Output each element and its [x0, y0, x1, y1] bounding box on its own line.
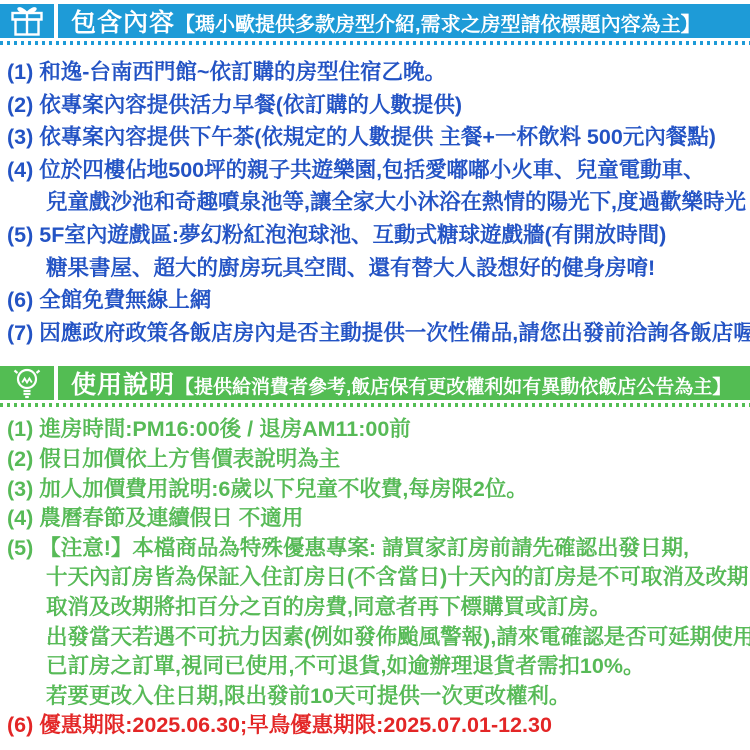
list-item: (6) 優惠期限:2025.06.30;早鳥優惠期限:2025.07.01-12… — [0, 711, 750, 741]
list-item: (3) 依專案內容提供下午茶(依規定的人數提供 主餐+一杯飲料 500元內餐點) — [0, 121, 750, 154]
usage-notes-section: 使用說明【提供給消費者參考,飯店保有更改權利如有異動依飯店公告為主】 (1) 進… — [0, 366, 750, 741]
included-content-title-sub: 【瑪小歐提供多款房型介紹,需求之房型請依標題內容為主】 — [175, 8, 701, 37]
usage-notes-list: (1) 進房時間:PM16:00後 / 退房AM11:00前(2) 假日加價依上… — [0, 407, 750, 741]
list-item: 糖果書屋、超大的廚房玩具空間、還有替大人設想好的健身房唷! — [0, 252, 750, 285]
list-item: (3) 加人加價費用說明:6歲以下兒童不收費,每房限2位。 — [0, 475, 750, 505]
list-item: 取消及改期將扣百分之百的房費,同意者再下標購買或訂房。 — [0, 593, 750, 623]
list-item: 兒童戲沙池和奇趣噴泉池等,讓全家大小沐浴在熱情的陽光下,度過歡樂時光 — [0, 186, 750, 219]
included-content-section: 包含內容【瑪小歐提供多款房型介紹,需求之房型請依標題內容為主】 (1) 和逸-台… — [0, 4, 750, 349]
header-divider — [54, 366, 58, 400]
usage-notes-header-bar: 使用說明【提供給消費者參考,飯店保有更改權利如有異動依飯店公告為主】 — [0, 366, 750, 400]
list-item: (1) 和逸-台南西門館~依訂購的房型住宿乙晚。 — [0, 56, 750, 89]
list-item: (4) 農曆春節及連續假日 不適用 — [0, 504, 750, 534]
list-item: (5) 5F室內遊戲區:夢幻粉紅泡泡球池、互動式糖球遊戲牆(有開放時間) — [0, 219, 750, 252]
list-item: (4) 位於四樓佔地500坪的親子共遊樂園,包括愛嘟嘟小火車、兒童電動車、 — [0, 154, 750, 187]
list-item: 已訂房之訂單,視同已使用,不可退貨,如逾辦理退貨者需扣10%。 — [0, 652, 750, 682]
list-item: (1) 進房時間:PM16:00後 / 退房AM11:00前 — [0, 415, 750, 445]
gift-icon — [0, 4, 54, 38]
usage-notes-title: 使用說明【提供給消費者參考,飯店保有更改權利如有異動依飯店公告為主】 — [71, 365, 731, 401]
usage-notes-title-sub: 【提供給消費者參考,飯店保有更改權利如有異動依飯店公告為主】 — [175, 372, 731, 399]
list-item: 十天內訂房皆為保証入住訂房日(不含當日)十天內的訂房是不可取消及改期 — [0, 563, 750, 593]
lightbulb-icon — [0, 366, 54, 400]
list-item: (6) 全館免費無線上網 — [0, 284, 750, 317]
list-item: (7) 因應政府政策各飯店房內是否主動提供一次性備品,請您出發前洽詢各飯店喔 — [0, 317, 750, 350]
list-item: 出發當天若遇不可抗力因素(例如發佈颱風警報),請來電確認是否可延期使用 — [0, 623, 750, 653]
included-content-title: 包含內容【瑪小歐提供多款房型介紹,需求之房型請依標題內容為主】 — [71, 3, 701, 39]
included-content-header-bar: 包含內容【瑪小歐提供多款房型介紹,需求之房型請依標題內容為主】 — [0, 4, 750, 38]
list-item: (2) 依專案內容提供活力早餐(依訂購的人數提供) — [0, 89, 750, 122]
usage-notes-title-main: 使用說明 — [71, 365, 175, 401]
list-item: 若要更改入住日期,限出發前10天可提供一次更改權利。 — [0, 682, 750, 712]
header-divider — [54, 4, 58, 38]
included-content-list: (1) 和逸-台南西門館~依訂購的房型住宿乙晚。(2) 依專案內容提供活力早餐(… — [0, 45, 750, 349]
included-content-title-main: 包含內容 — [71, 3, 175, 39]
list-item: (5) 【注意!】本檔商品為特殊優惠專案: 請買家訂房前請先確認出發日期, — [0, 534, 750, 564]
list-item: (2) 假日加價依上方售價表說明為主 — [0, 445, 750, 475]
